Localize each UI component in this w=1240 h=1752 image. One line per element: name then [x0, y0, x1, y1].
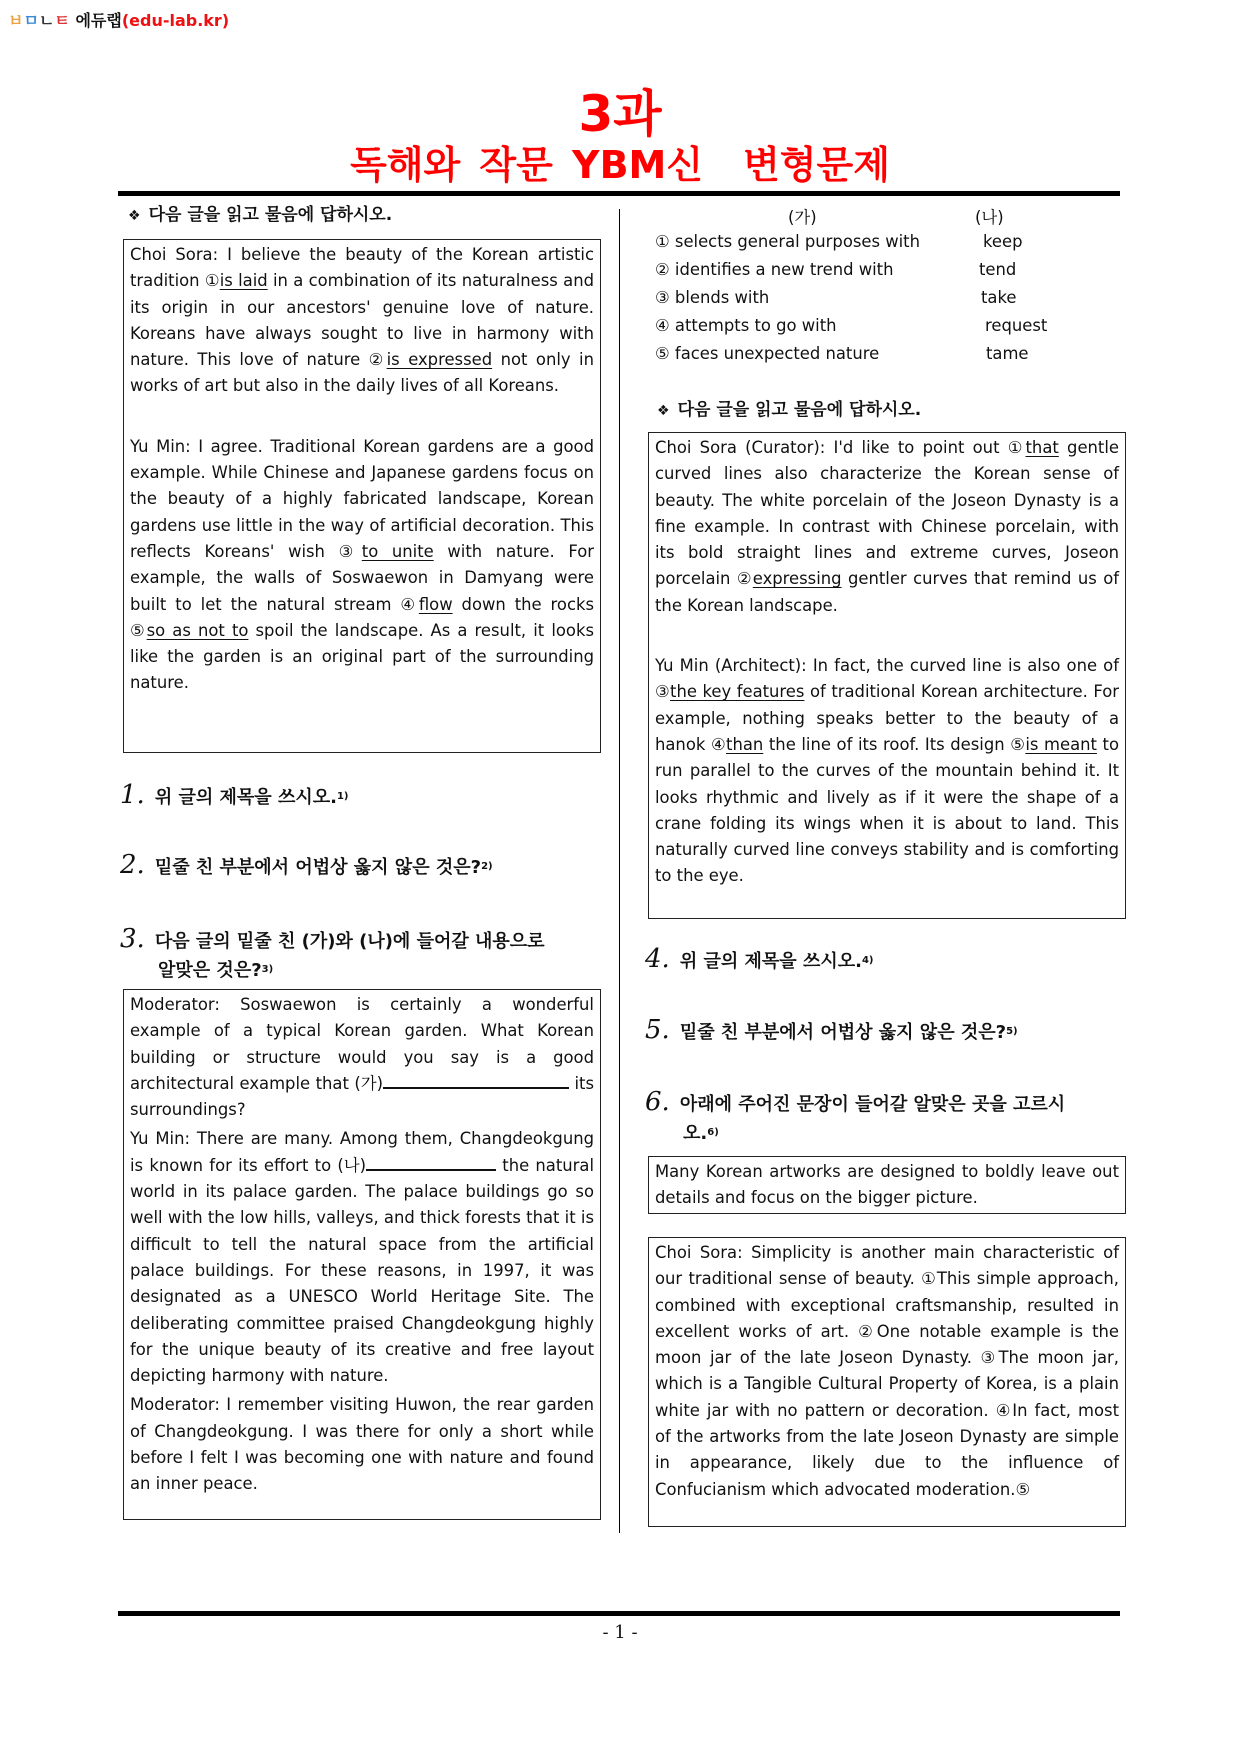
question-number: 4.: [645, 944, 670, 974]
instruction-text: 다음 글을 읽고 물음에 답하시오.: [678, 400, 922, 420]
circled-number-3: ③: [655, 682, 670, 701]
blank-label-na: (나): [337, 1156, 366, 1175]
text-run: faces unexpected nature: [675, 344, 879, 363]
question-text: 아래에 주어진 문장이 들어갈 알맞은 곳을 고르시: [680, 1094, 1065, 1115]
text-run: ② identifies a new trend with: [655, 256, 894, 284]
passage-paragraph: Yu Min: There are many. Among them, Chan…: [130, 1126, 594, 1389]
circled-number-1: ①: [1008, 438, 1026, 457]
question-5: 5.밑줄 친 부분에서 어법상 옳지 않은 것은?5): [645, 1015, 1018, 1045]
instruction-right: ❖다음 글을 읽고 물음에 답하시오.: [657, 395, 921, 420]
question-text: 위 글의 제목을 쓰시오.: [155, 787, 337, 808]
brand-name: 에듀랩: [75, 11, 121, 30]
blank-na: [366, 1153, 496, 1171]
footnote-ref: 4): [862, 955, 874, 966]
footnote-ref: 3): [262, 964, 274, 975]
text-run: take: [981, 284, 1016, 312]
question-text: 다음 글의 밑줄 친 (가)와 (나)에 들어갈 내용으로: [155, 931, 545, 952]
text-run: 알맞은 것은?3): [120, 956, 545, 982]
circled-number-5: ⑤: [130, 621, 147, 640]
text-run: 오.6): [645, 1119, 1065, 1145]
diamond-bullet-icon: ❖: [657, 403, 670, 419]
page-number: - 1 -: [0, 1622, 1240, 1643]
text-run: ③ blends with: [655, 284, 769, 312]
option-5[interactable]: ⑤ faces unexpected nature tame: [655, 340, 1115, 368]
passage-paragraph: Yu Min (Architect): In fact, the curved …: [655, 653, 1119, 890]
answer-options: (가) (나) ① selects general purposes with …: [655, 204, 1115, 368]
question-4: 4.위 글의 제목을 쓰시오.4): [645, 944, 873, 974]
bottom-divider: [118, 1611, 1120, 1616]
question-text: 위 글의 제목을 쓰시오.: [680, 951, 862, 972]
circled-number-4: ④: [400, 595, 418, 614]
passage-box-2: Moderator: Soswaewon is certainly a wond…: [123, 989, 601, 1520]
footnote-ref: 5): [1006, 1026, 1018, 1037]
options-header: (가) (나): [655, 204, 1115, 228]
circled-number-2: ②: [737, 569, 753, 588]
circled-number-1: ①: [655, 232, 670, 251]
logo-char: ㅌ: [54, 11, 69, 30]
title-left: 독해와 작문 YBM신: [350, 143, 703, 187]
passage-box-3: Choi Sora (Curator): I'd like to point o…: [648, 432, 1126, 919]
text-run: the natural world in its palace garden. …: [130, 1156, 594, 1385]
text-run: to run parallel to the curves of the mou…: [655, 735, 1119, 885]
passage-paragraph: Moderator: Soswaewon is certainly a wond…: [130, 992, 594, 1123]
site-url: (edu-lab.kr): [122, 11, 229, 30]
option-4[interactable]: ④ attempts to go with request: [655, 312, 1115, 340]
passage-paragraph: Yu Min: I agree. Traditional Korean gard…: [130, 434, 594, 697]
question-2: 2.밑줄 친 부분에서 어법상 옳지 않은 것은?2): [120, 850, 493, 880]
underlined-phrase-3: to unite: [362, 542, 434, 561]
underlined-phrase-2: expressing: [753, 569, 842, 588]
circled-number-4: ④: [711, 735, 726, 754]
title-right: 변형문제: [743, 143, 890, 187]
circled-number-2: ②: [655, 260, 670, 279]
text-run: attempts to go with: [675, 316, 837, 335]
circled-number-5: ⑤: [655, 344, 670, 363]
lesson-title: 3과: [0, 86, 1240, 142]
question-number: 6.: [645, 1087, 670, 1117]
circled-number-3: ③: [655, 288, 670, 307]
blank-ga: [383, 1071, 569, 1089]
text-run: blends with: [675, 288, 769, 307]
text-run: down the rocks: [453, 595, 594, 614]
circled-number-4: ④: [655, 316, 670, 335]
text-run: ① selects general purposes with: [655, 228, 920, 256]
passage-paragraph: Choi Sora: I believe the beauty of the K…: [130, 242, 594, 400]
question-3: 3.다음 글의 밑줄 친 (가)와 (나)에 들어갈 내용으로 알맞은 것은?3…: [120, 924, 545, 982]
page-title: 독해와 작문 YBM신변형문제: [0, 142, 1240, 188]
text-run: gentle curved lines also characterize th…: [655, 438, 1119, 588]
question-1: 1.위 글의 제목을 쓰시오.1): [120, 780, 348, 810]
given-sentence-box: Many Korean artworks are designed to bol…: [648, 1156, 1126, 1214]
logo-char: ㅂ: [8, 11, 23, 30]
top-divider: [118, 191, 1120, 196]
underlined-phrase-3: the key features: [670, 682, 804, 701]
position-marker-2: ②: [858, 1322, 877, 1341]
underlined-phrase-4: flow: [419, 595, 453, 614]
option-2[interactable]: ② identifies a new trend with tend: [655, 256, 1115, 284]
option-1[interactable]: ① selects general purposes with keep: [655, 228, 1115, 256]
underlined-phrase-1: is laid: [220, 271, 268, 290]
underlined-phrase-5: so as not to: [147, 621, 249, 640]
blank-label-ga: (가): [354, 1074, 383, 1093]
diamond-bullet-icon: ❖: [128, 208, 141, 224]
underlined-phrase-2: is expressed: [387, 350, 493, 369]
position-marker-1: ①: [921, 1269, 937, 1288]
position-marker-4: ④: [996, 1401, 1013, 1420]
logo-char: ㅁ: [23, 11, 38, 30]
text-run: tame: [986, 340, 1029, 368]
passage-paragraph: Moderator: I remember visiting Huwon, th…: [130, 1392, 594, 1497]
position-marker-3: ③: [980, 1348, 998, 1367]
text-run: the line of its roof. Its design: [763, 735, 1010, 754]
passage-paragraph: Choi Sora: Simplicity is another main ch…: [655, 1240, 1119, 1503]
text-run: selects general purposes with: [675, 232, 920, 251]
text-run: Choi Sora (Curator): I'd like to point o…: [655, 438, 1008, 457]
text-run: ④ attempts to go with: [655, 312, 837, 340]
question-number: 5.: [645, 1015, 670, 1045]
question-text-cont: 알맞은 것은?: [158, 960, 262, 981]
instruction-text: 다음 글을 읽고 물음에 답하시오.: [149, 205, 393, 225]
question-number: 2.: [120, 850, 145, 880]
site-logo: ㅂㅁㄴㅌ 에듀랩(edu-lab.kr): [8, 8, 229, 31]
circled-number-3: ③: [339, 542, 362, 561]
question-text: 밑줄 친 부분에서 어법상 옳지 않은 것은?: [155, 857, 481, 878]
underlined-phrase-5: is meant: [1025, 735, 1097, 754]
text-run: tend: [979, 256, 1016, 284]
question-number: 3.: [120, 924, 145, 954]
circled-number-2: ②: [369, 350, 387, 369]
question-text-cont: 오.: [683, 1123, 707, 1144]
footnote-ref: 1): [337, 791, 349, 802]
option-3[interactable]: ③ blends with take: [655, 284, 1115, 312]
instruction-left: ❖다음 글을 읽고 물음에 답하시오.: [128, 200, 392, 225]
text-run: keep: [983, 228, 1022, 256]
passage-paragraph: Choi Sora (Curator): I'd like to point o…: [655, 435, 1119, 619]
text-run: identifies a new trend with: [675, 260, 894, 279]
text-run: ⑤ faces unexpected nature: [655, 340, 879, 368]
passage-box-1: Choi Sora: I believe the beauty of the K…: [123, 239, 601, 753]
footnote-ref: 6): [707, 1127, 719, 1138]
text-run: request: [985, 312, 1047, 340]
position-marker-5: ⑤: [1015, 1480, 1030, 1499]
circled-number-1: ①: [205, 271, 220, 290]
text-run: Yu Min (Architect): In fact, the curved …: [655, 656, 1119, 675]
underlined-phrase-4: than: [726, 735, 763, 754]
question-text: 밑줄 친 부분에서 어법상 옳지 않은 것은?: [680, 1022, 1006, 1043]
column-divider: [619, 209, 620, 1533]
passage-box-4: Choi Sora: Simplicity is another main ch…: [648, 1237, 1126, 1527]
circled-number-5: ⑤: [1010, 735, 1025, 754]
footnote-ref: 2): [481, 861, 493, 872]
question-number: 1.: [120, 780, 145, 810]
question-6: 6.아래에 주어진 문장이 들어갈 알맞은 곳을 고르시 오.6): [645, 1087, 1065, 1145]
underlined-phrase-1: that: [1026, 438, 1059, 457]
logo-char: ㄴ: [39, 11, 54, 30]
